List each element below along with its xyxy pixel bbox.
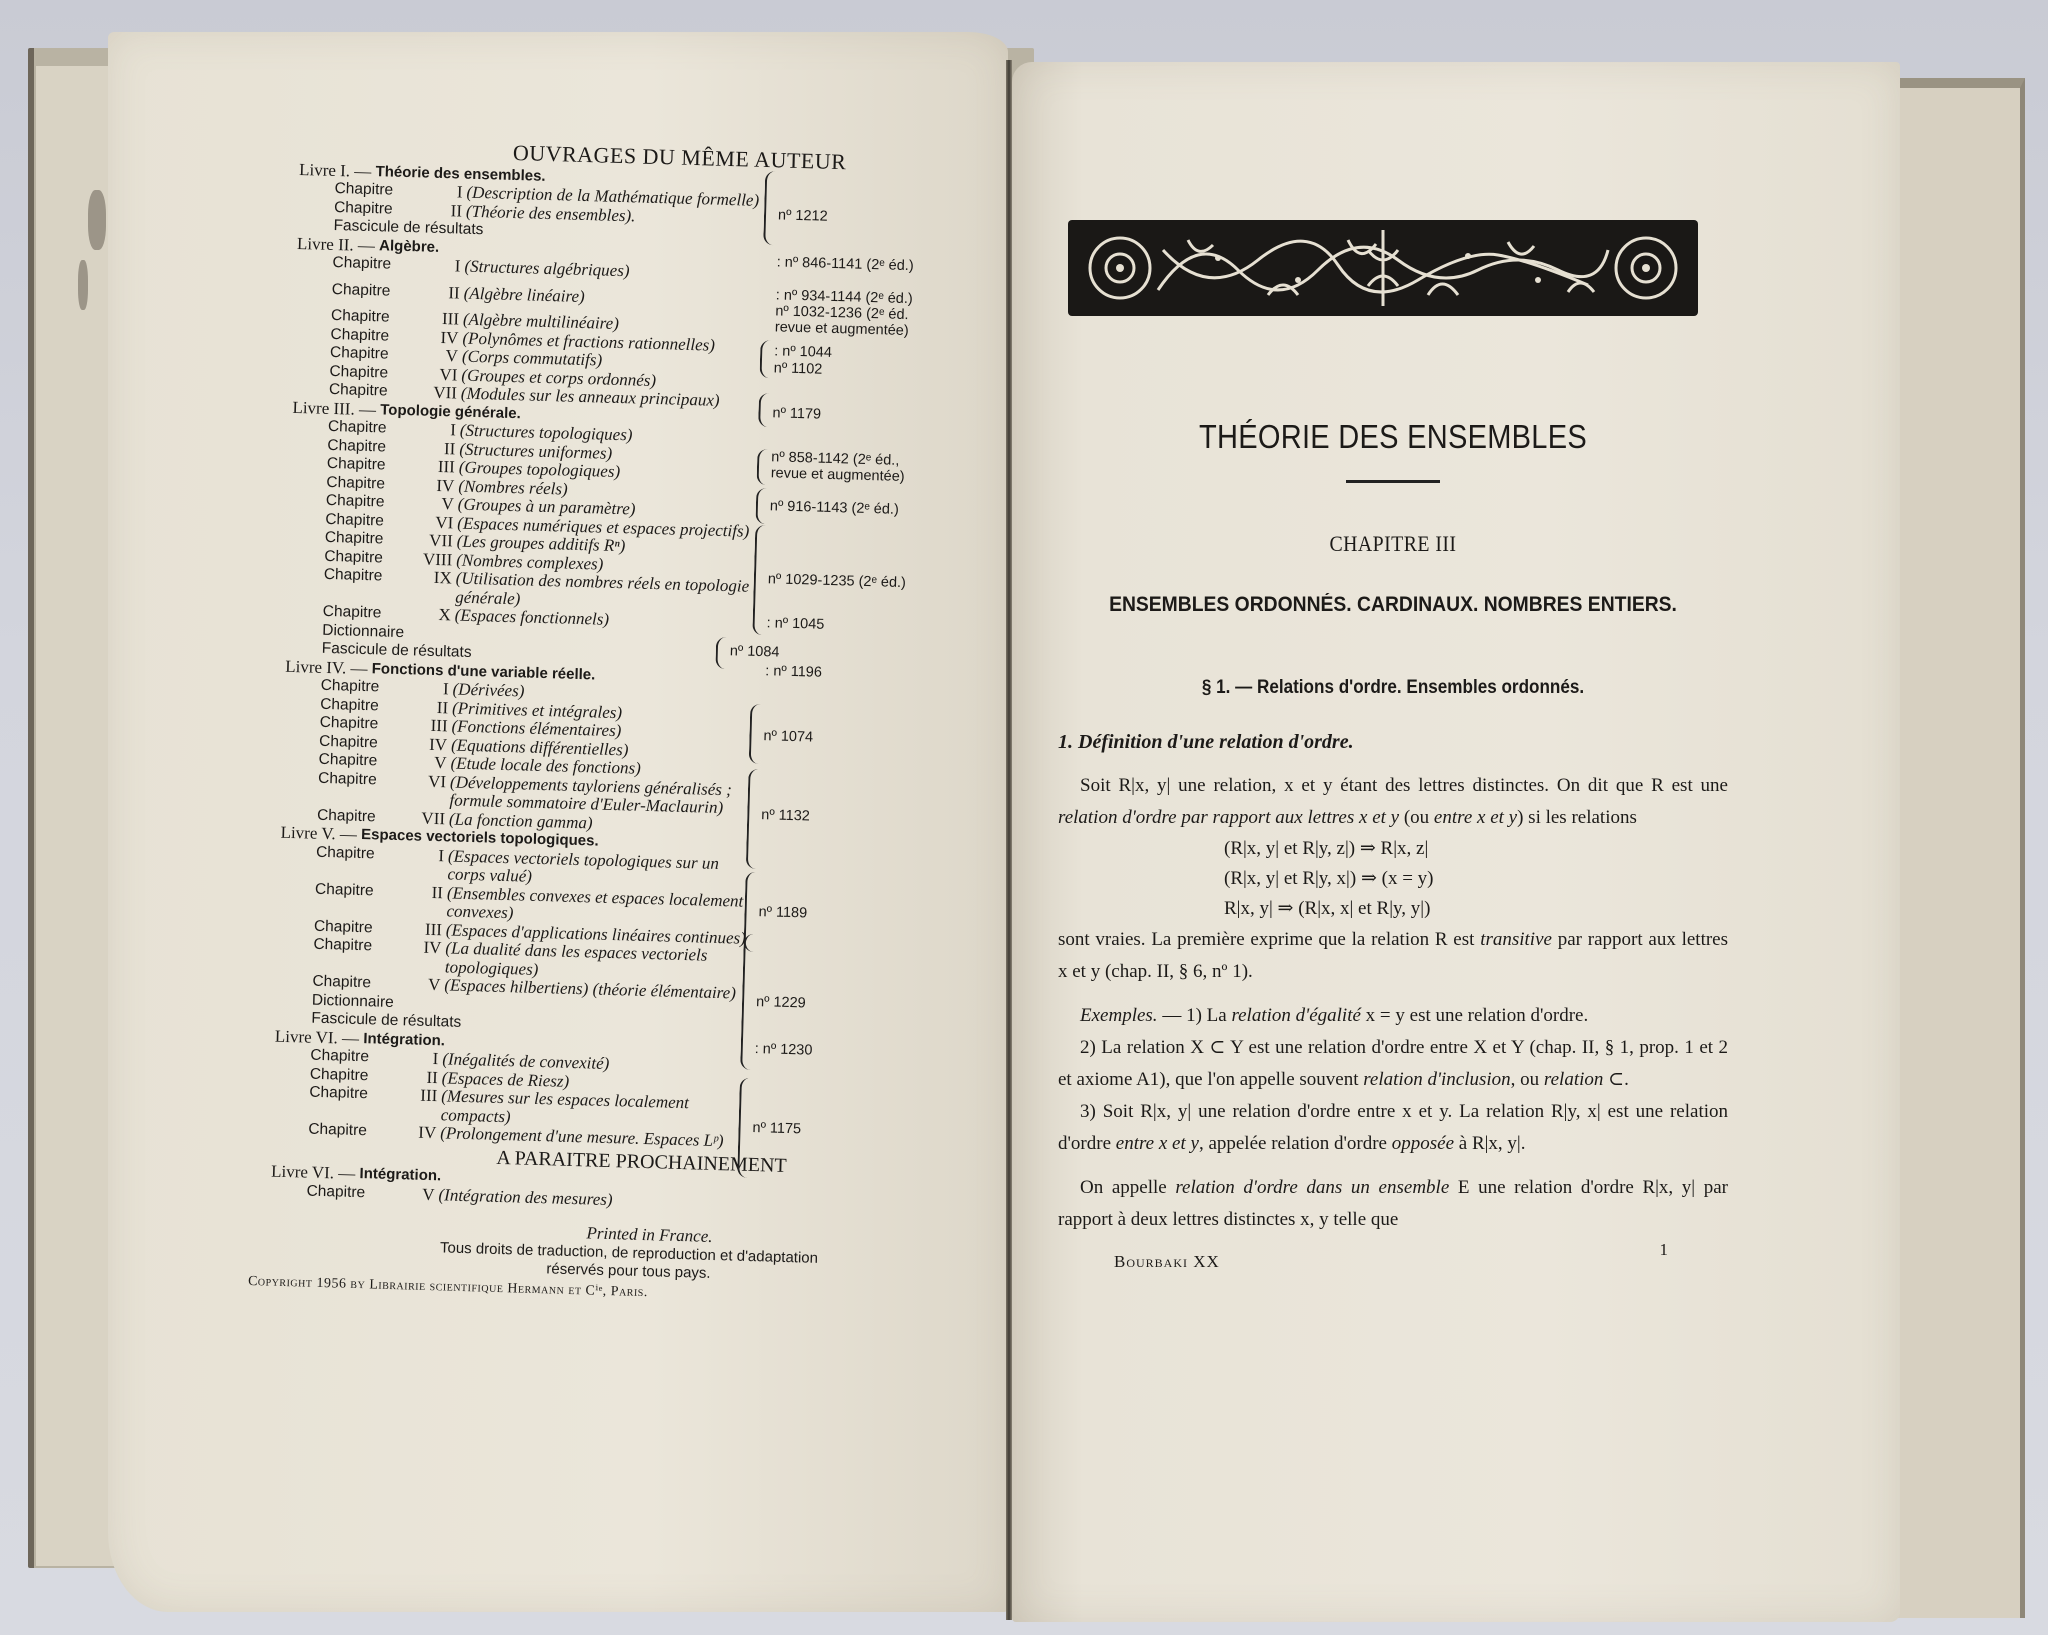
page-number: 1: [1660, 1240, 1729, 1272]
book-title: Intégration.: [363, 1030, 445, 1051]
chapter-number: V: [410, 753, 447, 772]
paragraph-transitive: sont vraies. La première exprime que la …: [1058, 924, 1728, 988]
catalog-number: nº 1132: [761, 807, 810, 824]
formula-antisymmetry: (R|x, y| et R|y, x|) ⇒ (x = y): [1224, 864, 1728, 894]
text-run: .: [1624, 1069, 1629, 1090]
chapter-label: Chapitre: [313, 936, 406, 976]
chapter-number: I: [407, 846, 444, 884]
catalog-number: : nº 1196: [765, 663, 822, 681]
chapter-number: V: [404, 975, 441, 994]
chapter-number: VII: [421, 383, 458, 402]
text-run: ) si les relations: [1517, 807, 1637, 828]
chapter-label: Chapitre: [314, 880, 407, 920]
chapter-label: Chapitre: [331, 307, 423, 328]
brace: [757, 448, 770, 484]
works-by-author-list: OUVRAGES DU MÊME AUTEUR Livre I. — Théor…: [268, 138, 1000, 1311]
chapter-number: VI: [417, 513, 454, 532]
paragraph-definition: Soit R|x, y| une relation, x et y étant …: [1058, 770, 1728, 834]
chapter-number: I: [424, 257, 461, 276]
catalog-number: : nº 1045: [766, 615, 824, 633]
paragraph-example-1: Exemples. — 1) La relation d'égalité x =…: [1058, 1000, 1728, 1032]
text-run: , ou: [1511, 1069, 1544, 1090]
chapter-label: Chapitre: [317, 769, 410, 809]
brace: [763, 171, 777, 245]
brace: [759, 340, 772, 378]
text-run: , appelée relation d'ordre: [1199, 1133, 1392, 1154]
chapter-number: IV: [418, 476, 455, 495]
chapter-label: Chapitre: [332, 254, 424, 275]
chapter-number: V: [418, 494, 455, 513]
chapter-label: Chapitre: [327, 436, 419, 457]
chapter-number: II: [402, 1068, 439, 1087]
chapter-number: III: [423, 310, 460, 329]
paragraph-example-3: 3) Soit R|x, y| une relation d'ordre ent…: [1058, 1096, 1728, 1160]
text-run: (ou: [1399, 807, 1434, 828]
chapter-number: III: [401, 1086, 438, 1124]
emphasis: relation d'égalité: [1231, 1005, 1360, 1026]
chapter-number: I: [420, 420, 457, 439]
catalog-number: nº 1175: [752, 1120, 801, 1137]
chapter-label: Chapitre: [306, 1182, 398, 1203]
formula-transitivity: (R|x, y| et R|y, z|) ⇒ R|x, z|: [1224, 834, 1728, 864]
chapter-label: Chapitre: [325, 510, 417, 531]
emphasis: relation d'inclusion: [1363, 1069, 1510, 1090]
chapter-number: CHAPITRE III: [1092, 531, 1695, 557]
emphasis: relation d'ordre dans un ensemble: [1175, 1177, 1449, 1198]
chapter-label: Chapitre: [312, 973, 404, 994]
floral-headband-ornament-icon: [1068, 220, 1698, 316]
chapter-number: VI: [421, 365, 458, 384]
book-title: THÉORIE DES ENSEMBLES: [1098, 418, 1688, 456]
book-title: Intégration.: [359, 1165, 441, 1186]
text-run: Soit R|x, y| une relation, x et y étant …: [1080, 775, 1728, 796]
chapter-number: IV: [405, 938, 442, 976]
catalog-number: : nº 1230: [755, 1041, 813, 1059]
catalog-number: nº 1212: [778, 207, 828, 224]
chapter-number: II: [412, 698, 449, 717]
text-run: sont vraies. La première exprime que la …: [1058, 929, 1480, 950]
chapter-label: Chapitre: [309, 1084, 402, 1124]
book-title: Topologie générale.: [380, 401, 521, 423]
paragraph-example-2: 2) La relation X ⊂ Y est une relation d'…: [1058, 1032, 1728, 1096]
brace: [749, 703, 763, 763]
formula-block: (R|x, y| et R|y, z|) ⇒ R|x, z| (R|x, y| …: [1058, 834, 1728, 924]
chapter-number: II: [419, 439, 456, 458]
text-run: x = y est une relation d'ordre.: [1361, 1005, 1588, 1026]
subsection-title: 1. Définition d'une relation d'ordre.: [1058, 731, 1728, 754]
chapter-number: VIII: [416, 550, 453, 569]
chapter-label: Chapitre: [318, 751, 410, 772]
catalog-number: nº 1102: [774, 360, 823, 377]
page-stain: [78, 260, 88, 310]
chapter-label: Chapitre: [314, 917, 406, 938]
book-number: Livre VI. —: [275, 1027, 360, 1048]
chapter-number: IX: [415, 568, 452, 606]
chapter-title: ENSEMBLES ORDONNÉS. CARDINAUX. NOMBRES E…: [1085, 593, 1701, 617]
chapter-number: I: [402, 1049, 439, 1068]
signature-mark: Bourbaki XX: [1058, 1252, 1220, 1272]
title-rule: [1346, 480, 1440, 483]
chapter-number: V: [422, 346, 459, 365]
chapter-number: IV: [400, 1123, 437, 1142]
chapter-number: VI: [409, 772, 446, 810]
emphasis: Exemples.: [1080, 1005, 1158, 1026]
catalog-number: nº 1084: [730, 643, 780, 660]
book-cover-right: [1890, 78, 2025, 1618]
section-title: § 1. — Relations d'ordre. Ensembles ordo…: [1092, 677, 1695, 699]
book-number: Livre III. —: [292, 398, 376, 419]
chapter-number: III: [411, 716, 448, 735]
catalog-number: nº 1189: [758, 904, 807, 921]
book-number: Livre I. —: [299, 160, 372, 181]
page-footer: Bourbaki XX 1: [1058, 1240, 1728, 1272]
emphasis: opposée: [1392, 1133, 1454, 1154]
text-run: à R|x, y|.: [1454, 1133, 1525, 1154]
book-number: Livre II. —: [297, 234, 375, 255]
text-run: — 1) La: [1158, 1005, 1232, 1026]
catalog-number: nº 1074: [763, 728, 813, 745]
book-number: Livre VI. —: [271, 1163, 356, 1184]
chapter-number: V: [398, 1185, 435, 1204]
dictionary-label: Dictionnaire: [322, 621, 404, 640]
chapter-label: Chapitre: [332, 280, 424, 301]
chapter-label: Chapitre: [315, 843, 408, 883]
chapter-label: Chapitre: [308, 1121, 400, 1142]
page-stain: [88, 190, 106, 250]
text-run: On appelle: [1080, 1177, 1175, 1198]
chapter-label: Chapitre: [326, 473, 418, 494]
brace: [755, 487, 768, 523]
chapter-number: III: [406, 920, 443, 939]
formula-reflexivity: R|x, y| ⇒ (R|x, x| et R|y, y|): [1224, 894, 1728, 924]
chapter-number: VII: [417, 531, 454, 550]
chapter-label: Chapitre: [334, 198, 426, 219]
book-number: Livre V. —: [280, 824, 357, 845]
chapter-number: X: [414, 605, 451, 624]
chapter-number: II: [423, 283, 460, 302]
chapter-label: Chapitre: [323, 566, 416, 606]
chapter-opening: THÉORIE DES ENSEMBLES CHAPITRE III ENSEM…: [1058, 220, 1728, 1272]
emphasis: entre x et y: [1116, 1133, 1199, 1154]
chapter-label: Chapitre: [310, 1065, 402, 1086]
emphasis: relation d'ordre par rapport aux lettres…: [1058, 807, 1399, 828]
paragraph-order-in-set: On appelle relation d'ordre dans un ense…: [1058, 1172, 1728, 1236]
chapter-number: VII: [409, 809, 446, 828]
chapter-label: Chapitre: [320, 695, 412, 716]
catalog-number: nº 1229: [756, 994, 806, 1011]
chapter-number: II: [426, 201, 463, 220]
chapter-number: III: [419, 457, 456, 476]
book-number: Livre IV. —: [285, 657, 368, 678]
chapter-number: IV: [422, 328, 459, 347]
chapter-number: I: [426, 183, 463, 202]
brace: [715, 636, 728, 668]
chapter-number: IV: [411, 735, 448, 754]
chapter-title: (Algèbre linéaire): [463, 284, 769, 311]
emphasis: relation ⊂: [1544, 1069, 1624, 1090]
emphasis: transitive: [1480, 929, 1552, 950]
chapter-label: Chapitre: [330, 344, 422, 365]
chapter-number: I: [412, 679, 449, 698]
chapter-number: II: [406, 883, 443, 921]
book-title: Algèbre.: [379, 237, 440, 257]
emphasis: entre x et y: [1434, 807, 1517, 828]
